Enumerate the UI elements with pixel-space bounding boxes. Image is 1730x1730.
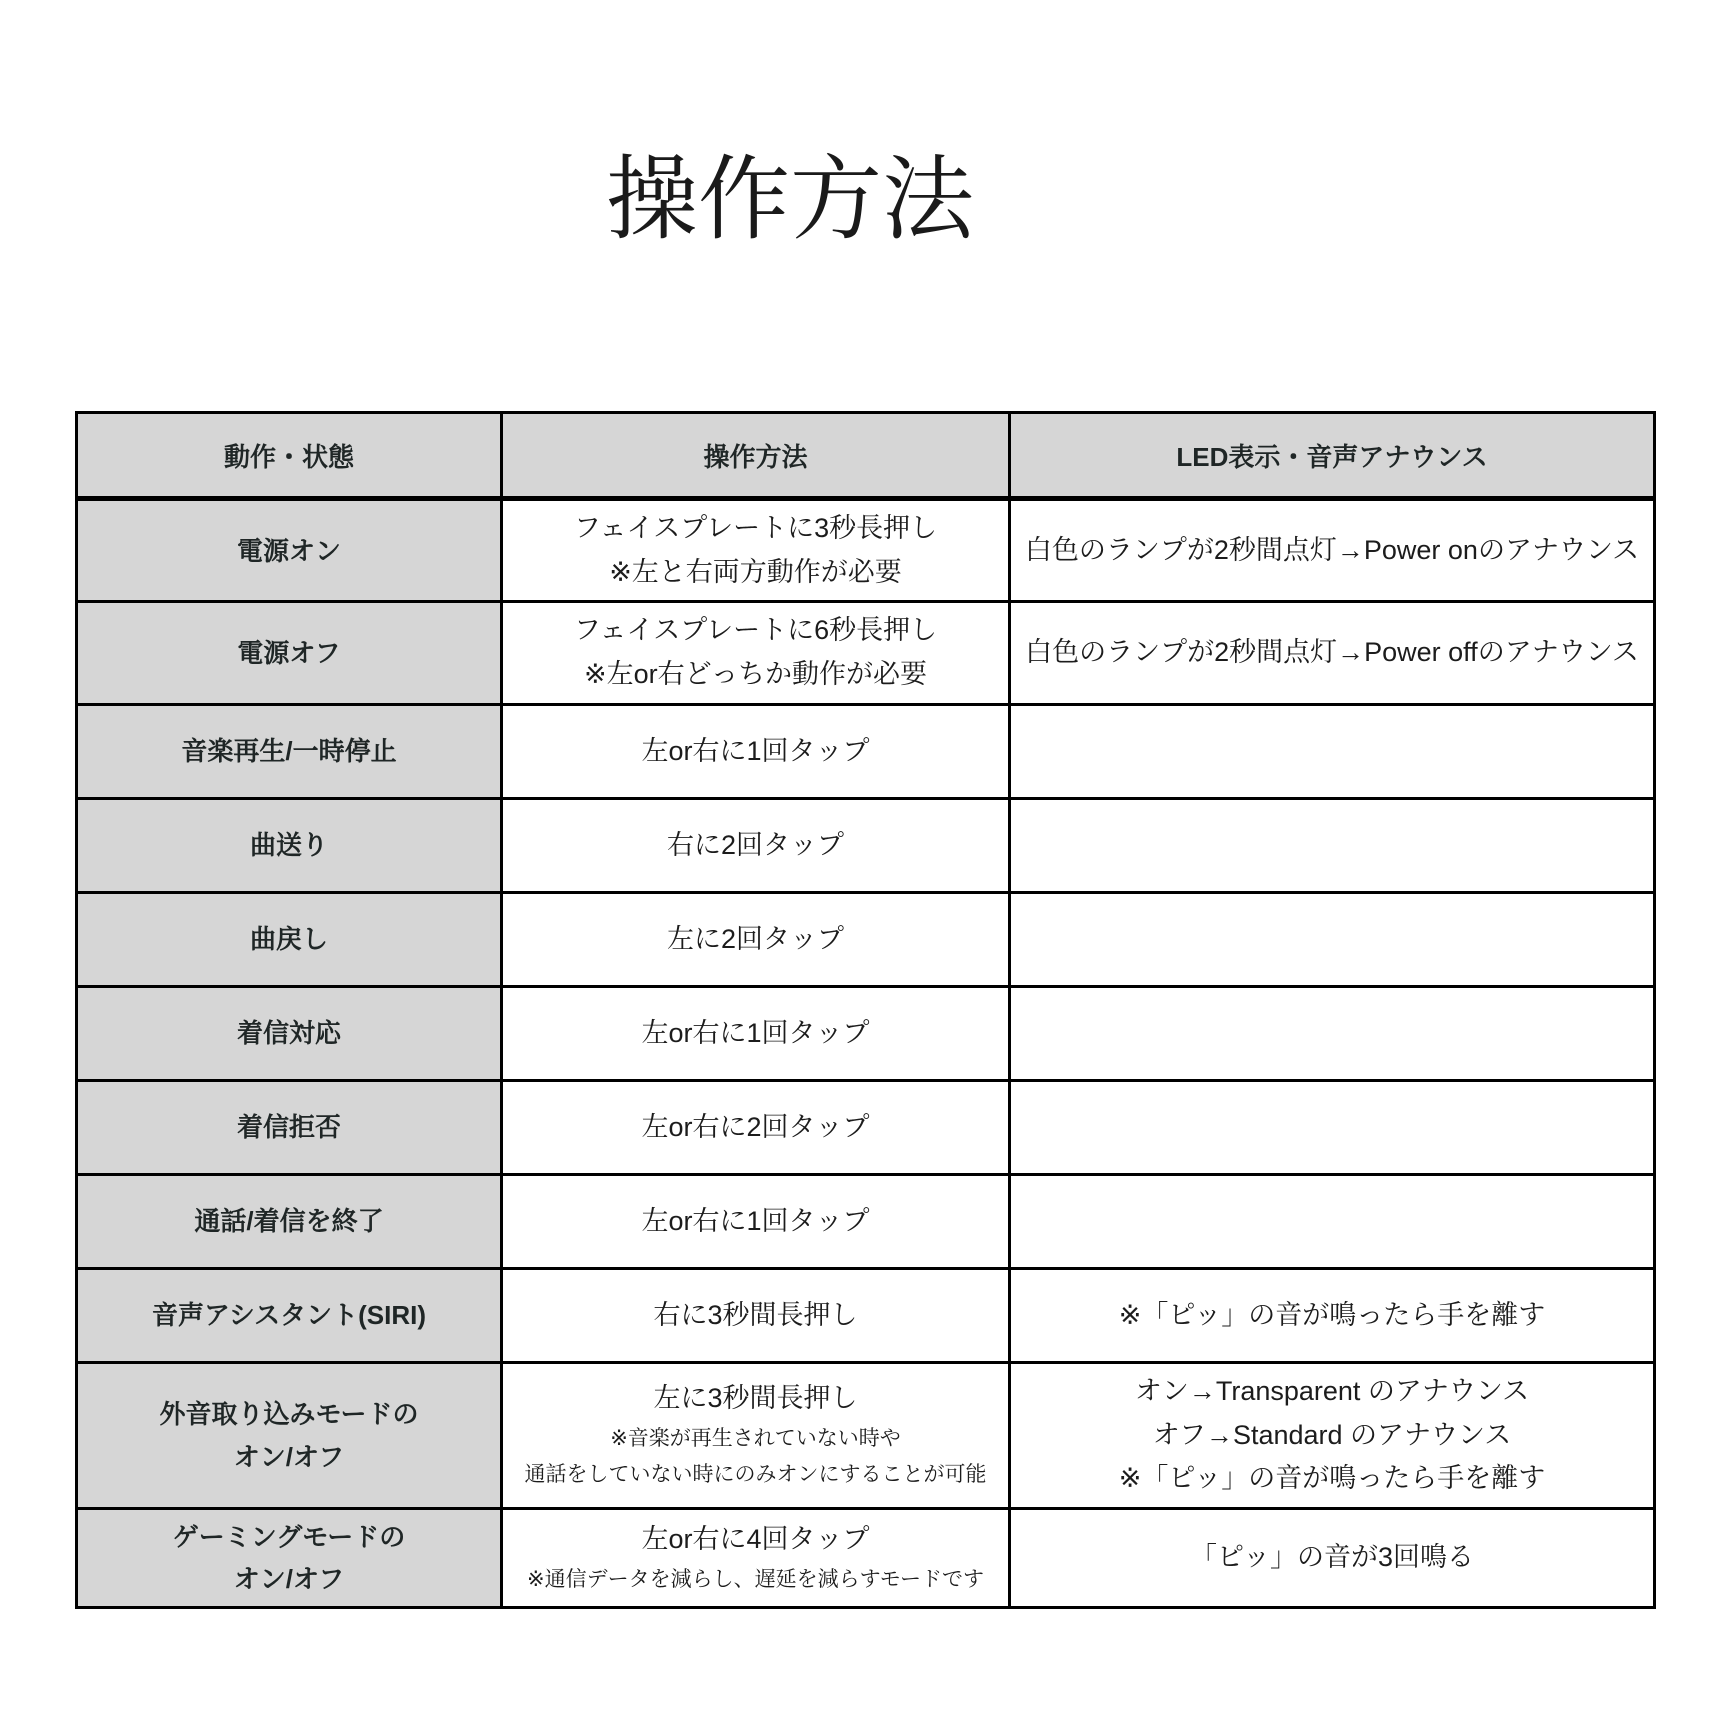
cell-line: 通話をしていない時にのみオンにすることが可能 xyxy=(513,1457,998,1494)
cell-line: ※左と右両方動作が必要 xyxy=(513,551,998,595)
method-cell: フェイスプレートに3秒長押し※左と右両方動作が必要 xyxy=(502,499,1010,602)
action-cell: 電源オフ xyxy=(77,602,502,704)
cell-line: ※音楽が再生されていない時や xyxy=(513,1421,998,1458)
action-cell: 外音取り込みモードのオン/オフ xyxy=(77,1362,502,1508)
cell-line: 白色のランプが2秒間点灯→Power offのアナウンス xyxy=(1021,631,1643,675)
led-cell xyxy=(1010,1080,1655,1174)
table-body: 電源オンフェイスプレートに3秒長押し※左と右両方動作が必要白色のランプが2秒間点… xyxy=(77,499,1655,1608)
action-cell: 通話/着信を終了 xyxy=(77,1174,502,1268)
action-cell: 曲戻し xyxy=(77,892,502,986)
cell-line: 電源オン xyxy=(88,530,490,572)
cell-line: 左or右に1回タップ xyxy=(513,730,998,774)
table-row: 着信拒否左or右に2回タップ xyxy=(77,1080,1655,1174)
led-cell xyxy=(1010,892,1655,986)
cell-line: ※「ピッ」の音が鳴ったら手を離す xyxy=(1021,1294,1643,1338)
led-cell xyxy=(1010,798,1655,892)
led-cell xyxy=(1010,986,1655,1080)
cell-line: 左に2回タップ xyxy=(513,918,998,962)
header-action-state: 動作・状態 xyxy=(77,413,502,499)
action-cell: 電源オン xyxy=(77,499,502,602)
led-cell: 「ピッ」の音が3回鳴る xyxy=(1010,1509,1655,1608)
cell-line: 通話/着信を終了 xyxy=(88,1200,490,1242)
cell-line: 着信拒否 xyxy=(88,1106,490,1148)
operation-table: 動作・状態 操作方法 LED表示・音声アナウンス 電源オンフェイスプレートに3秒… xyxy=(75,411,1656,1609)
page-title: 操作方法 xyxy=(606,150,974,251)
action-cell: 曲送り xyxy=(77,798,502,892)
action-cell: 音楽再生/一時停止 xyxy=(77,704,502,798)
table-row: 音声アシスタント(SIRI)右に3秒間長押し※「ピッ」の音が鳴ったら手を離す xyxy=(77,1268,1655,1362)
cell-line: 音声アシスタント(SIRI) xyxy=(88,1294,490,1336)
action-cell: ゲーミングモードのオン/オフ xyxy=(77,1509,502,1608)
cell-line: オン/オフ xyxy=(88,1558,490,1600)
method-cell: 左or右に4回タップ※通信データを減らし、遅延を減らすモードです xyxy=(502,1509,1010,1608)
cell-line: フェイスプレートに3秒長押し xyxy=(513,507,998,551)
header-operation-method: 操作方法 xyxy=(502,413,1010,499)
led-cell: ※「ピッ」の音が鳴ったら手を離す xyxy=(1010,1268,1655,1362)
cell-line: ゲーミングモードの xyxy=(88,1516,490,1558)
method-cell: 左or右に2回タップ xyxy=(502,1080,1010,1174)
cell-line: 音楽再生/一時停止 xyxy=(88,730,490,772)
header-led-voice: LED表示・音声アナウンス xyxy=(1010,413,1655,499)
table-row: 音楽再生/一時停止左or右に1回タップ xyxy=(77,704,1655,798)
table-header: 動作・状態 操作方法 LED表示・音声アナウンス xyxy=(77,413,1655,499)
led-cell: オン→Transparent のアナウンスオフ→Standard のアナウンス※… xyxy=(1010,1362,1655,1508)
header-row: 動作・状態 操作方法 LED表示・音声アナウンス xyxy=(77,413,1655,499)
cell-line: 右に3秒間長押し xyxy=(513,1294,998,1338)
action-cell: 音声アシスタント(SIRI) xyxy=(77,1268,502,1362)
method-cell: 左or右に1回タップ xyxy=(502,986,1010,1080)
led-cell: 白色のランプが2秒間点灯→Power offのアナウンス xyxy=(1010,602,1655,704)
table-row: ゲーミングモードのオン/オフ左or右に4回タップ※通信データを減らし、遅延を減ら… xyxy=(77,1509,1655,1608)
table-row: 通話/着信を終了左or右に1回タップ xyxy=(77,1174,1655,1268)
cell-line: 左に3秒間長押し xyxy=(513,1377,998,1421)
method-cell: 左に2回タップ xyxy=(502,892,1010,986)
method-cell: 左に3秒間長押し※音楽が再生されていない時や通話をしていない時にのみオンにするこ… xyxy=(502,1362,1010,1508)
cell-line: ※左or右どっちか動作が必要 xyxy=(513,653,998,697)
table-row: 曲送り右に2回タップ xyxy=(77,798,1655,892)
table-row: 外音取り込みモードのオン/オフ左に3秒間長押し※音楽が再生されていない時や通話を… xyxy=(77,1362,1655,1508)
led-cell xyxy=(1010,1174,1655,1268)
table-row: 電源オンフェイスプレートに3秒長押し※左と右両方動作が必要白色のランプが2秒間点… xyxy=(77,499,1655,602)
cell-line: 外音取り込みモードの xyxy=(88,1393,490,1435)
action-cell: 着信対応 xyxy=(77,986,502,1080)
method-cell: フェイスプレートに6秒長押し※左or右どっちか動作が必要 xyxy=(502,602,1010,704)
led-cell: 白色のランプが2秒間点灯→Power onのアナウンス xyxy=(1010,499,1655,602)
method-cell: 左or右に1回タップ xyxy=(502,704,1010,798)
led-cell xyxy=(1010,704,1655,798)
cell-line: 左or右に1回タップ xyxy=(513,1012,998,1056)
cell-line: ※通信データを減らし、遅延を減らすモードです xyxy=(513,1562,998,1599)
method-cell: 右に2回タップ xyxy=(502,798,1010,892)
cell-line: 曲送り xyxy=(88,824,490,866)
cell-line: 曲戻し xyxy=(88,918,490,960)
cell-line: 左or右に2回タップ xyxy=(513,1106,998,1150)
method-cell: 右に3秒間長押し xyxy=(502,1268,1010,1362)
table-row: 着信対応左or右に1回タップ xyxy=(77,986,1655,1080)
cell-line: フェイスプレートに6秒長押し xyxy=(513,609,998,653)
cell-line: オフ→Standard のアナウンス xyxy=(1021,1414,1643,1458)
table-row: 電源オフフェイスプレートに6秒長押し※左or右どっちか動作が必要白色のランプが2… xyxy=(77,602,1655,704)
cell-line: 電源オフ xyxy=(88,632,490,674)
cell-line: 着信対応 xyxy=(88,1012,490,1054)
cell-line: 左or右に1回タップ xyxy=(513,1200,998,1244)
action-cell: 着信拒否 xyxy=(77,1080,502,1174)
cell-line: 右に2回タップ xyxy=(513,824,998,868)
cell-line: ※「ピッ」の音が鳴ったら手を離す xyxy=(1021,1457,1643,1501)
cell-line: 左or右に4回タップ xyxy=(513,1518,998,1562)
method-cell: 左or右に1回タップ xyxy=(502,1174,1010,1268)
cell-line: オン/オフ xyxy=(88,1436,490,1478)
table-row: 曲戻し左に2回タップ xyxy=(77,892,1655,986)
cell-line: オン→Transparent のアナウンス xyxy=(1021,1370,1643,1414)
cell-line: 「ピッ」の音が3回鳴る xyxy=(1021,1536,1643,1580)
cell-line: 白色のランプが2秒間点灯→Power onのアナウンス xyxy=(1021,529,1643,573)
